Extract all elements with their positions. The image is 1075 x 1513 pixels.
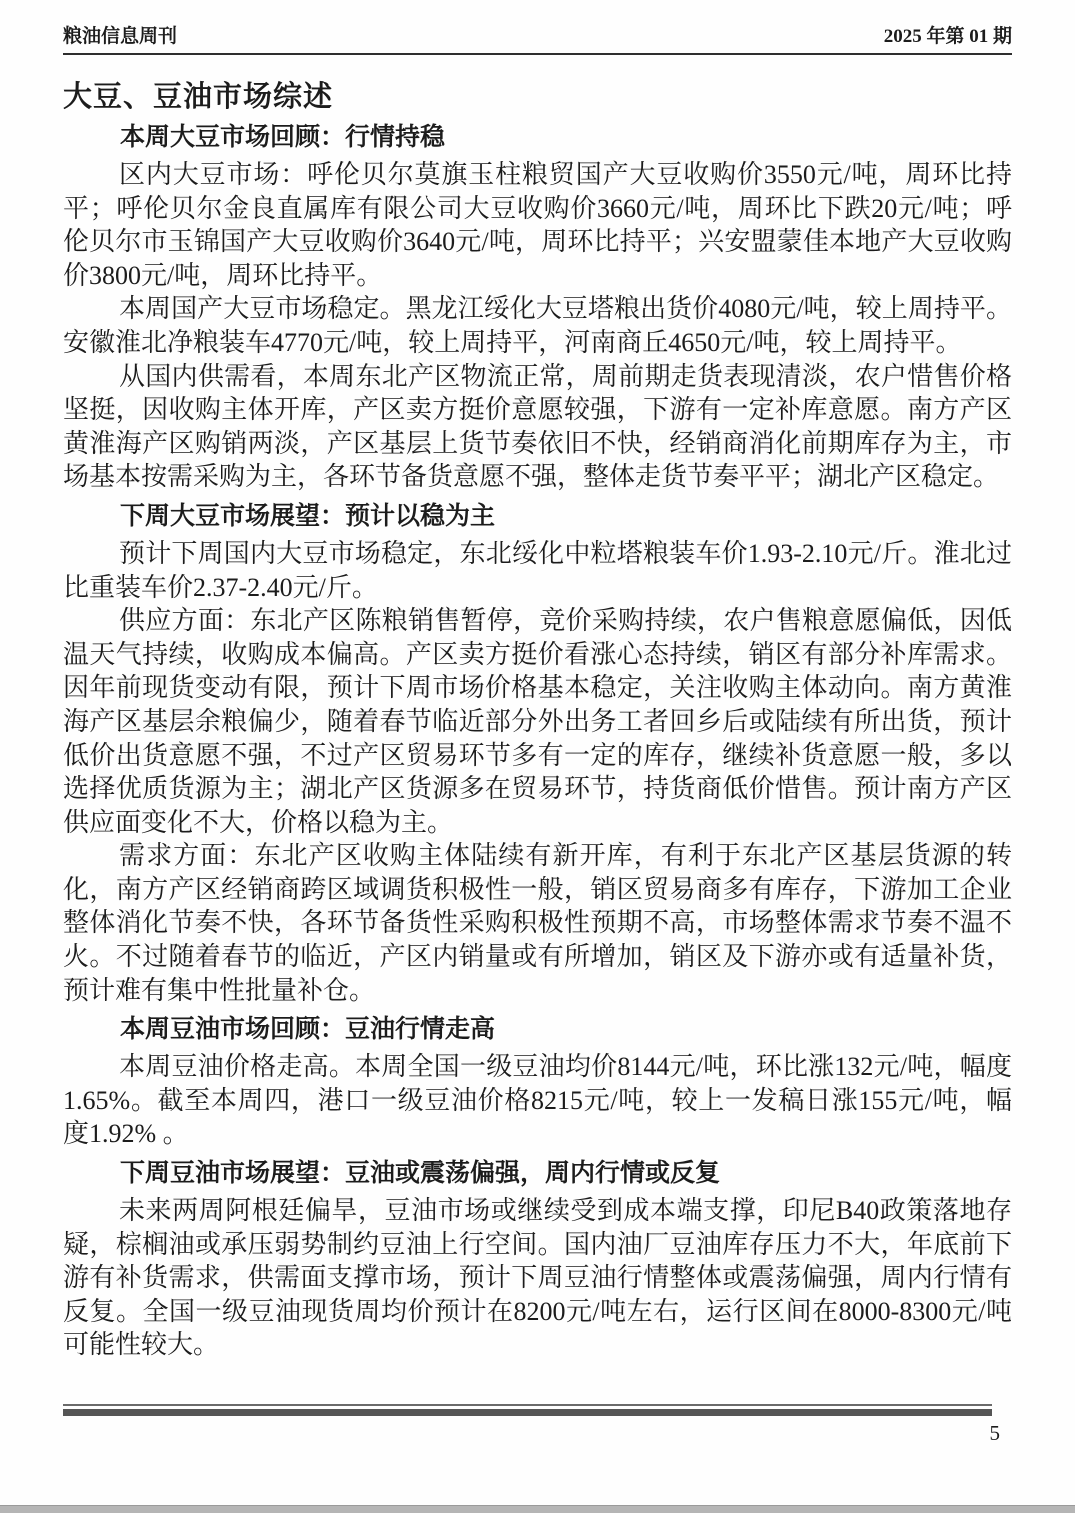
- body-paragraph: 供应方面：东北产区陈粮销售暂停，竞价采购持续，农户售粮意愿偏低，因低温天气持续，…: [63, 604, 1012, 839]
- body-paragraph: 本周国产大豆市场稳定。黑龙江绥化大豆塔粮出货价4080元/吨，较上周持平。安徽淮…: [63, 292, 1012, 359]
- document-section: 下周豆油市场展望：豆油或震荡偏强，周内行情或反复 未来两周阿根廷偏旱，豆油市场或…: [63, 1155, 1012, 1362]
- section-paragraphs: 预计下周国内大豆市场稳定，东北绥化中粒塔粮装车价1.93-2.10元/斤。淮北过…: [63, 537, 1012, 1007]
- page-number: 5: [990, 1420, 1001, 1446]
- page-title: 大豆、豆油市场综述: [63, 79, 1012, 115]
- section-paragraphs: 本周豆油价格走高。本周全国一级豆油均价8144元/吨，环比涨132元/吨，幅度1…: [63, 1050, 1012, 1151]
- section-heading: 下周豆油市场展望：豆油或震荡偏强，周内行情或反复: [63, 1155, 1012, 1191]
- section-heading: 下周大豆市场展望：预计以稳为主: [63, 498, 1012, 534]
- section-heading: 本周大豆市场回顾：行情持稳: [63, 119, 1012, 155]
- document-section: 下周大豆市场展望：预计以稳为主 预计下周国内大豆市场稳定，东北绥化中粒塔粮装车价…: [63, 498, 1012, 1007]
- body-paragraph: 需求方面：东北产区收购主体陆续有新开库，有利于东北产区基层货源的转化，南方产区经…: [63, 839, 1012, 1007]
- running-header: 粮油信息周刊 2025 年第 01 期: [63, 26, 1012, 48]
- section-heading: 本周豆油市场回顾：豆油行情走高: [63, 1011, 1012, 1047]
- body-paragraph: 预计下周国内大豆市场稳定，东北绥化中粒塔粮装车价1.93-2.10元/斤。淮北过…: [63, 537, 1012, 604]
- body-paragraph: 本周豆油价格走高。本周全国一级豆油均价8144元/吨，环比涨132元/吨，幅度1…: [63, 1050, 1012, 1151]
- footer-rule: [63, 1404, 992, 1416]
- section-paragraphs: 区内大豆市场：呼伦贝尔莫旗玉柱粮贸国产大豆收购价3550元/吨，周环比持平；呼伦…: [63, 158, 1012, 494]
- header-rule: [63, 53, 1012, 55]
- body-paragraph: 从国内供需看，本周东北产区物流正常，周前期走货表现清淡，农户惜售价格坚挺，因收购…: [63, 360, 1012, 494]
- issue-label: 2025 年第 01 期: [884, 26, 1012, 48]
- document-section: 本周大豆市场回顾：行情持稳 区内大豆市场：呼伦贝尔莫旗玉柱粮贸国产大豆收购价35…: [63, 119, 1012, 494]
- footer-rule-thick: [63, 1409, 992, 1416]
- sections-container: 本周大豆市场回顾：行情持稳 区内大豆市场：呼伦贝尔莫旗玉柱粮贸国产大豆收购价35…: [63, 119, 1012, 1362]
- journal-title: 粮油信息周刊: [63, 26, 177, 48]
- footer-rule-thin: [63, 1404, 992, 1406]
- body-paragraph: 未来两周阿根廷偏旱，豆油市场或继续受到成本端支撑，印尼B40政策落地存疑，棕榈油…: [63, 1194, 1012, 1362]
- document-page: 粮油信息周刊 2025 年第 01 期 大豆、豆油市场综述 本周大豆市场回顾：行…: [0, 0, 1075, 1513]
- body-paragraph: 区内大豆市场：呼伦贝尔莫旗玉柱粮贸国产大豆收购价3550元/吨，周环比持平；呼伦…: [63, 158, 1012, 292]
- scan-bottom-edge: [0, 1505, 1075, 1513]
- section-paragraphs: 未来两周阿根廷偏旱，豆油市场或继续受到成本端支撑，印尼B40政策落地存疑，棕榈油…: [63, 1194, 1012, 1362]
- document-section: 本周豆油市场回顾：豆油行情走高 本周豆油价格走高。本周全国一级豆油均价8144元…: [63, 1011, 1012, 1151]
